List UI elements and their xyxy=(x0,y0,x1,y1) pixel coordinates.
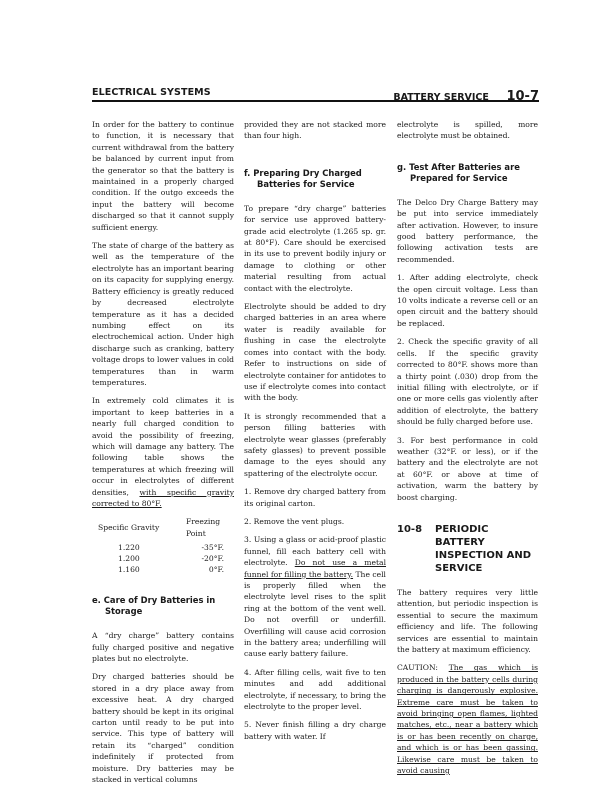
caution-paragraph: CAUTION: The gas which is produced in th… xyxy=(397,662,538,776)
paragraph: To prepare “dry charge” batteries for se… xyxy=(244,203,386,294)
column-1: In order for the battery to continue to … xyxy=(92,119,234,792)
caution-label: CAUTION: xyxy=(397,663,449,672)
paragraph: Electrolyte should be added to dry charg… xyxy=(244,301,386,404)
paragraph: The Delco Dry Charge Battery may be put … xyxy=(397,197,538,265)
freezing-point-table: Specific Gravity Freezing Point 1.220 -3… xyxy=(98,516,234,575)
subheading-f: f. Preparing Dry Charged Batteries for S… xyxy=(244,168,386,190)
section-title: PERIODIC BATTERY INSPECTION AND SERVICE xyxy=(435,523,538,575)
paragraph: In order for the battery to continue to … xyxy=(92,119,234,233)
column-3: electrolyte is spilled, more electrolyte… xyxy=(397,119,538,783)
table-row: 1.160 0°F. xyxy=(98,564,234,575)
header-right: BATTERY SERVICE 10-7 xyxy=(393,85,539,104)
paragraph: A “dry charge” battery contains fully ch… xyxy=(92,630,234,664)
caution-text: The gas which is produced in the battery… xyxy=(397,663,538,775)
test-2: 2. Check the specific gravity of all cel… xyxy=(397,336,538,427)
subheading-g: g. Test After Batteries are Prepared for… xyxy=(397,162,538,184)
section-number: 10-8 xyxy=(397,523,435,575)
paragraph: It is strongly recommended that a person… xyxy=(244,411,386,479)
paragraph: The battery requires very little attenti… xyxy=(397,587,538,655)
paragraph: In extremely cold climates it is importa… xyxy=(92,395,234,509)
page-header: ELECTRICAL SYSTEMS BATTERY SERVICE 10-7 xyxy=(92,86,539,102)
step-5: 5. Never finish filling a dry charge bat… xyxy=(244,719,386,742)
subheading-e: e. Care of Dry Batteries in Storage xyxy=(92,595,234,617)
section-title: BATTERY SERVICE xyxy=(393,92,489,103)
paragraph: provided they are not stacked more than … xyxy=(244,119,386,142)
step-2: 2. Remove the vent plugs. xyxy=(244,516,386,527)
step-1: 1. Remove dry charged battery from its o… xyxy=(244,486,386,509)
paragraph: Dry charged batteries should be stored i… xyxy=(92,671,234,785)
paragraph: electrolyte is spilled, more electrolyte… xyxy=(397,119,538,142)
paragraph: The state of charge of the battery as we… xyxy=(92,240,234,388)
section-heading-10-8: 10-8 PERIODIC BATTERY INSPECTION AND SER… xyxy=(397,523,538,575)
table-header: Specific Gravity xyxy=(98,516,186,542)
table-row: 1.200 -20°F. xyxy=(98,553,234,564)
table-row: 1.220 -35°F. xyxy=(98,542,234,553)
column-2: provided they are not stacked more than … xyxy=(244,119,386,749)
table-header: Freezing Point xyxy=(186,516,234,542)
test-1: 1. After adding electrolyte, check the o… xyxy=(397,272,538,329)
page-number: 10-7 xyxy=(506,89,539,104)
chapter-title: ELECTRICAL SYSTEMS xyxy=(92,87,211,98)
test-3: 3. For best performance in cold weather … xyxy=(397,435,538,503)
step-3: 3. Using a glass or acid-proof plastic f… xyxy=(244,534,386,659)
step-4: 4. After filling cells, wait five to ten… xyxy=(244,667,386,713)
